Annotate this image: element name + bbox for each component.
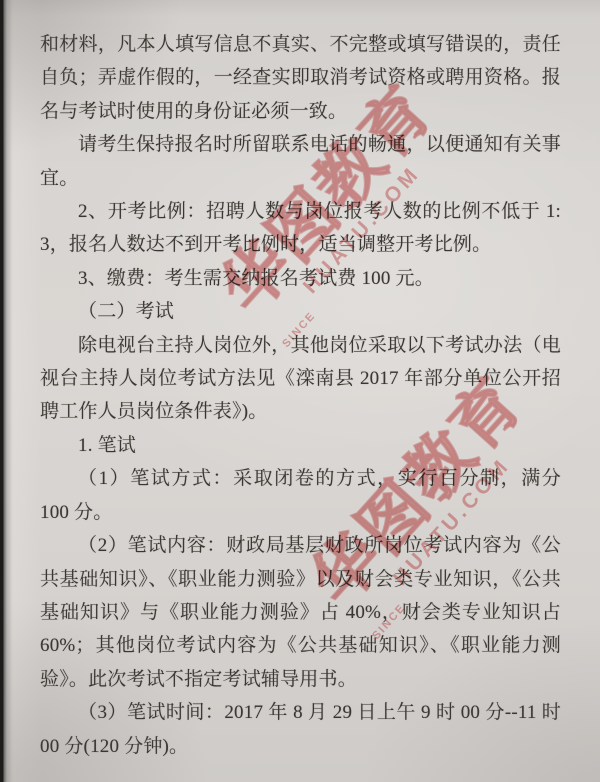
document-paragraph: 2、开考比例：招聘人数与岗位报考人数的比例不低于 1: 3，报名人数达不到开考比… <box>40 195 561 262</box>
document-photo: 和材料，凡本人填写信息不真实、不完整或填写错误的，责任自负；弄虚作假的，一经查实… <box>0 0 600 782</box>
document-body: 和材料，凡本人填写信息不真实、不完整或填写错误的，责任自负；弄虚作假的，一经查实… <box>40 28 561 763</box>
document-section-heading: （二）考试 <box>40 295 561 328</box>
document-paragraph: 3、缴费：考生需交纳报名考试费 100 元。 <box>40 262 561 295</box>
document-paragraph: （1）笔试方式：采取闭卷的方式，实行百分制，满分 100 分。 <box>40 462 561 529</box>
document-paragraph: 请考生保持报名时所留联系电话的畅通，以便通知有关事宜。 <box>40 128 561 195</box>
document-subsection-heading: 1. 笔试 <box>40 429 561 462</box>
document-paragraph: （3）笔试时间：2017 年 8 月 29 日上午 9 时 00 分--11 时… <box>40 696 561 763</box>
document-paragraph: （2）笔试内容：财政局基层财政所岗位考试内容为《公共基础知识》、《职业能力测验》… <box>40 529 561 696</box>
document-paragraph: 和材料，凡本人填写信息不真实、不完整或填写错误的，责任自负；弄虚作假的，一经查实… <box>40 28 561 128</box>
photo-left-edge <box>0 0 12 782</box>
document-paragraph: 除电视台主持人岗位外，其他岗位采取以下考试办法（电视台主持人岗位考试方法见《滦南… <box>40 329 561 429</box>
